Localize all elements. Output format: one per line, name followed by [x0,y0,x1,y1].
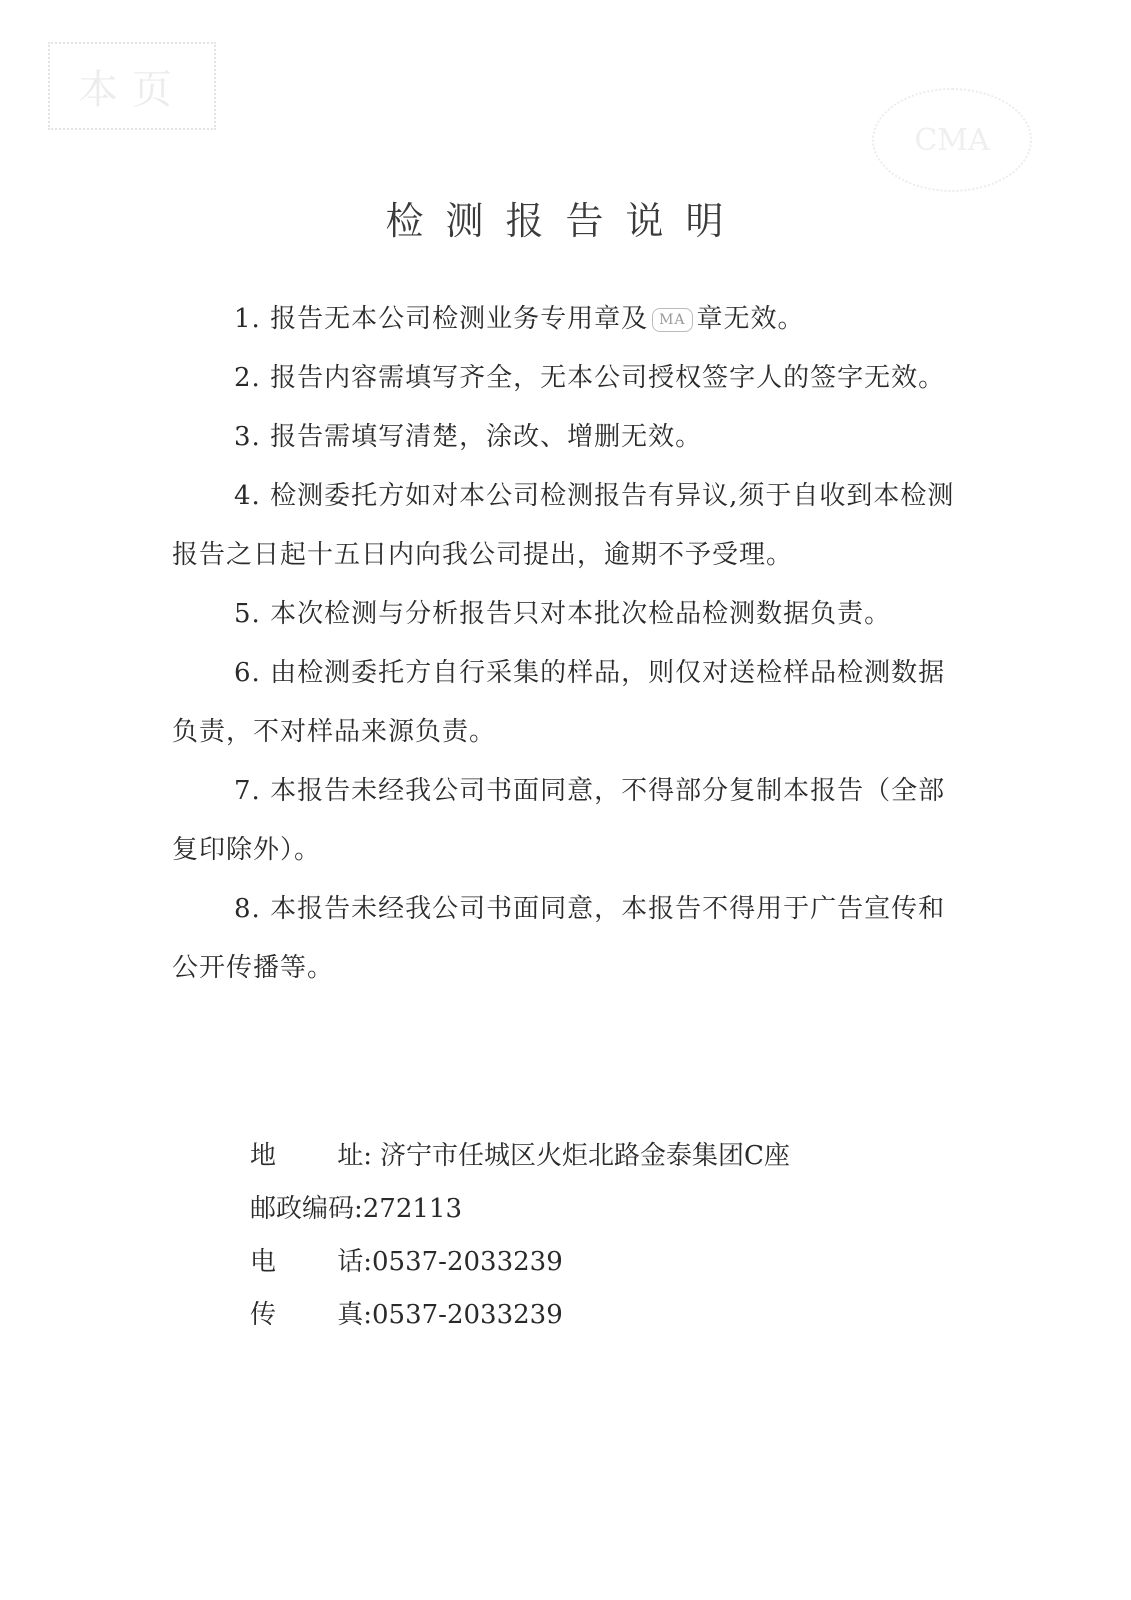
cma-seal-stamp: CMA [872,88,1032,192]
page-stamp: 本页 [48,42,216,130]
contact-block: 地址: 济宁市任城区火炬北路金泰集团C座 邮政编码: 272113 电话: 05… [250,1130,790,1342]
note-item-4: 4. 检测委托方如对本公司检测报告有异议,须于自收到本检测报告之日起十五日内向我… [172,467,972,585]
note-item-5: 5. 本次检测与分析报告只对本批次检品检测数据负责。 [172,585,972,644]
cma-mark-icon: MA [652,308,692,332]
address-row: 地址: 济宁市任城区火炬北路金泰集团C座 [250,1130,790,1183]
address-value: 济宁市任城区火炬北路金泰集团C座 [380,1130,790,1183]
postal-row: 邮政编码: 272113 [250,1183,790,1236]
note-item-2: 2. 报告内容需填写齐全，无本公司授权签字人的签字无效。 [172,349,972,408]
postal-label: 邮政编码: [250,1183,363,1236]
document-title: 检测报告说明 [0,190,1131,245]
note-item-6: 6. 由检测委托方自行采集的样品，则仅对送检样品检测数据负责，不对样品来源负责。 [172,644,972,762]
note-item-7: 7. 本报告未经我公司书面同意，不得部分复制本报告（全部复印除外）。 [172,762,972,880]
note-item-1: 1. 报告无本公司检测业务专用章及MA章无效。 [172,290,972,349]
fax-value: 0537-2033239 [372,1289,563,1342]
phone-value: 0537-2033239 [372,1236,563,1289]
note-item-3: 3. 报告需填写清楚，涂改、增删无效。 [172,408,972,467]
note-text: 章无效。 [697,304,805,334]
postal-value: 272113 [363,1183,462,1236]
notes-list: 1. 报告无本公司检测业务专用章及MA章无效。 2. 报告内容需填写齐全，无本公… [172,290,972,998]
phone-row: 电话: 0537-2033239 [250,1236,790,1289]
note-text: 1. 报告无本公司检测业务专用章及 [234,304,648,334]
phone-label: 电话: [250,1236,372,1289]
address-label: 地址: [250,1130,372,1183]
fax-label: 传真: [250,1289,372,1342]
note-item-8: 8. 本报告未经我公司书面同意，本报告不得用于广告宣传和公开传播等。 [172,880,972,998]
fax-row: 传真: 0537-2033239 [250,1289,790,1342]
